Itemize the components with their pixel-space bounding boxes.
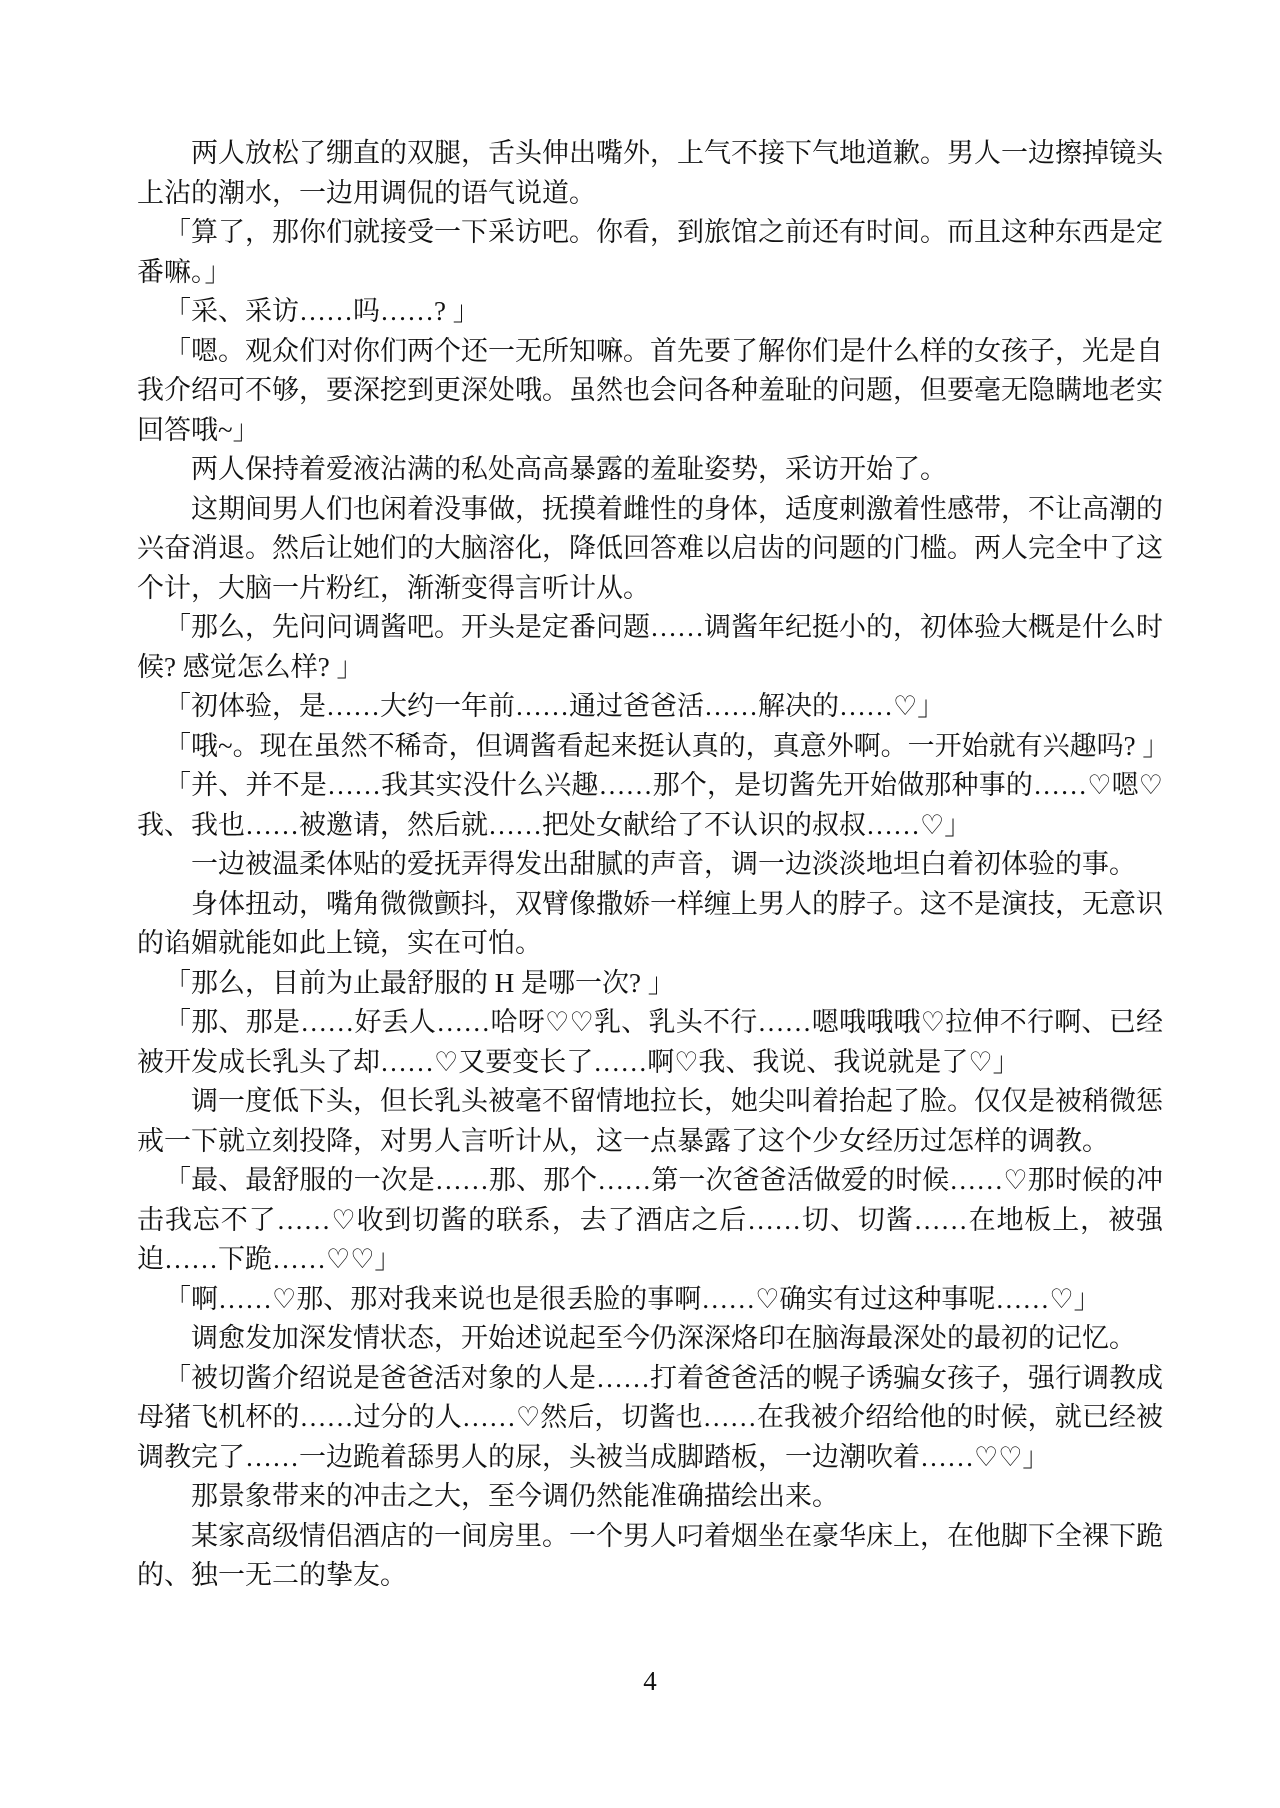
paragraph: 「初体验，是……大约一年前……通过爸爸活……解决的……♡」 xyxy=(137,687,1163,727)
paragraph: 调愈发加深发情状态，开始述说起至今仍深深烙印在脑海最深处的最初的记忆。 xyxy=(137,1319,1163,1359)
paragraph: 「那么，目前为止最舒服的 H 是哪一次? 」 xyxy=(137,964,1163,1004)
paragraph: 两人保持着爱液沾满的私处高高暴露的羞耻姿势，采访开始了。 xyxy=(137,450,1163,490)
page-number: 4 xyxy=(137,1662,1163,1702)
paragraph: 身体扭动，嘴角微微颤抖，双臂像撒娇一样缠上男人的脖子。这不是演技，无意识的谄媚就… xyxy=(137,885,1163,964)
document-page: 两人放松了绷直的双腿，舌头伸出嘴外，上气不接下气地道歉。男人一边擦掉镜头上沾的潮… xyxy=(0,0,1280,1808)
paragraph: 调一度低下头，但长乳头被毫不留情地拉长，她尖叫着抬起了脸。仅仅是被稍微惩戒一下就… xyxy=(137,1082,1163,1161)
paragraph: 「并、并不是……我其实没什么兴趣……那个，是切酱先开始做那种事的……♡嗯♡我、我… xyxy=(137,766,1163,845)
paragraph: 一边被温柔体贴的爱抚弄得发出甜腻的声音，调一边淡淡地坦白着初体验的事。 xyxy=(137,845,1163,885)
paragraph: 「哦~。现在虽然不稀奇，但调酱看起来挺认真的，真意外啊。一开始就有兴趣吗? 」 xyxy=(137,727,1163,767)
paragraph: 某家高级情侣酒店的一间房里。一个男人叼着烟坐在豪华床上，在他脚下全裸下跪的、独一… xyxy=(137,1517,1163,1596)
paragraph: 「嗯。观众们对你们两个还一无所知嘛。首先要了解你们是什么样的女孩子，光是自我介绍… xyxy=(137,332,1163,451)
paragraph: 「采、采访……吗……? 」 xyxy=(137,292,1163,332)
paragraph: 「那么，先问问调酱吧。开头是定番问题……调酱年纪挺小的，初体验大概是什么时候? … xyxy=(137,608,1163,687)
paragraph: 「那、那是……好丢人……哈呀♡♡乳、乳头不行……嗯哦哦哦♡拉伸不行啊、已经被开发… xyxy=(137,1003,1163,1082)
paragraph: 这期间男人们也闲着没事做，抚摸着雌性的身体，适度刺激着性感带，不让高潮的兴奋消退… xyxy=(137,490,1163,609)
paragraph: 「被切酱介绍说是爸爸活对象的人是……打着爸爸活的幌子诱骗女孩子，强行调教成母猪飞… xyxy=(137,1359,1163,1478)
paragraph: 那景象带来的冲击之大，至今调仍然能准确描绘出来。 xyxy=(137,1477,1163,1517)
paragraph: 「算了，那你们就接受一下采访吧。你看，到旅馆之前还有时间。而且这种东西是定番嘛。… xyxy=(137,213,1163,292)
paragraph: 「啊……♡那、那对我来说也是很丢脸的事啊……♡确实有过这种事呢……♡」 xyxy=(137,1280,1163,1320)
paragraph: 「最、最舒服的一次是……那、那个……第一次爸爸活做爱的时候……♡那时候的冲击我忘… xyxy=(137,1161,1163,1280)
page-body: 两人放松了绷直的双腿，舌头伸出嘴外，上气不接下气地道歉。男人一边擦掉镜头上沾的潮… xyxy=(137,134,1163,1596)
paragraph: 两人放松了绷直的双腿，舌头伸出嘴外，上气不接下气地道歉。男人一边擦掉镜头上沾的潮… xyxy=(137,134,1163,213)
